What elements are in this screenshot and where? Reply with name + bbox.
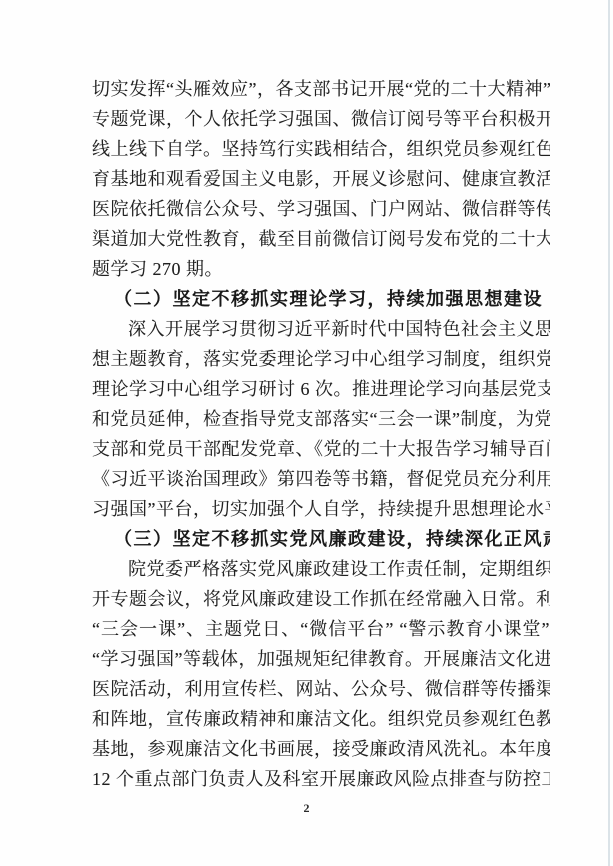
- document-page: 切实发挥“头雁效应”，各支部书记开展“党的二十大精神” 专题党课，个人依托学习强…: [0, 0, 613, 866]
- text-line: 题学习 270 期。: [92, 254, 550, 284]
- text-line: 医院活动，利用宣传栏、网站、公众号、微信群等传播渠道: [92, 674, 550, 704]
- text-line: “三会一课”、主题党日、“微信平台” “警示教育小课堂”: [92, 614, 550, 644]
- text-line: 医院依托微信公众号、学习强国、门户网站、微信群等传播: [92, 194, 550, 224]
- text-line: 想主题教育，落实党委理论学习中心组学习制度，组织党委: [92, 344, 550, 374]
- text-line: 渠道加大党性教育，截至目前微信订阅号发布党的二十大专: [92, 224, 550, 254]
- text-line: 专题党课，个人依托学习强国、微信订阅号等平台积极开展: [92, 104, 550, 134]
- text-line: 和党员延伸，检查指导党支部落实“三会一课”制度，为党: [92, 404, 550, 434]
- text-line: 12 个重点部门负责人及科室开展廉政风险点排查与防控工: [92, 764, 550, 794]
- text-line: 院党委严格落实党风廉政建设工作责任制，定期组织召: [92, 554, 550, 584]
- text-line: 切实发挥“头雁效应”，各支部书记开展“党的二十大精神”: [92, 74, 550, 104]
- text-line: “学习强国”等载体，加强规矩纪律教育。开展廉洁文化进: [92, 644, 550, 674]
- section-heading-2: （二）坚定不移抓实理论学习，持续加强思想建设: [92, 284, 550, 314]
- scan-edge-artifact: [608, 0, 610, 866]
- text-line: 习强国”平台，切实加强个人自学，持续提升思想理论水平。: [92, 494, 550, 524]
- text-line: 和阵地，宣传廉政精神和廉洁文化。组织党员参观红色教育: [92, 704, 550, 734]
- text-line: 线上线下自学。坚持笃行实践相结合，组织党员参观红色教: [92, 134, 550, 164]
- text-line: 理论学习中心组学习研讨 6 次。推进理论学习向基层党支部: [92, 374, 550, 404]
- text-block: 切实发挥“头雁效应”，各支部书记开展“党的二十大精神” 专题党课，个人依托学习强…: [92, 74, 550, 794]
- text-line: 支部和党员干部配发党章、《党的二十大报告学习辅导百问》: [92, 434, 550, 464]
- text-line: 基地，参观廉洁文化书画展，接受廉政清风洗礼。本年度对: [92, 734, 550, 764]
- section-heading-3: （三）坚定不移抓实党风廉政建设，持续深化正风肃纪: [92, 524, 550, 554]
- text-line: 开专题会议，将党风廉政建设工作抓在经常融入日常。利用: [92, 584, 550, 614]
- text-line: 深入开展学习贯彻习近平新时代中国特色社会主义思: [92, 314, 550, 344]
- page-number: 2: [0, 801, 613, 816]
- text-line: 《习近平谈治国理政》第四卷等书籍，督促党员充分利用“学: [92, 464, 550, 494]
- text-line: 育基地和观看爱国主义电影，开展义诊慰问、健康宣教活动。: [92, 164, 550, 194]
